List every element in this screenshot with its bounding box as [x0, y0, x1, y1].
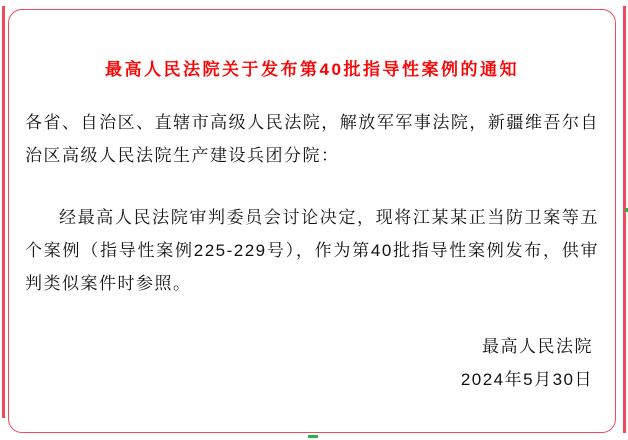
- right-accent-bar: [623, 6, 626, 433]
- notice-card: 最高人民法院关于发布第40批指导性案例的通知 各省、自治区、直辖市高级人民法院，…: [8, 9, 616, 433]
- page-background: 最高人民法院关于发布第40批指导性案例的通知 各省、自治区、直辖市高级人民法院，…: [0, 0, 628, 440]
- body-paragraph: 经最高人民法院审判委员会讨论决定，现将江某某正当防卫案等五个案例（指导性案例22…: [25, 201, 599, 300]
- left-accent-bar: [2, 6, 5, 418]
- notice-title: 最高人民法院关于发布第40批指导性案例的通知: [9, 58, 615, 82]
- signature-org: 最高人民法院: [25, 330, 593, 363]
- signature-date: 2024年5月30日: [25, 363, 593, 396]
- recipients-paragraph: 各省、自治区、直辖市高级人民法院，解放军军事法院，新疆维吾尔自治区高级人民法院生…: [25, 106, 599, 172]
- signature-block: 最高人民法院 2024年5月30日: [25, 330, 593, 396]
- bottom-green-marker: [308, 435, 318, 438]
